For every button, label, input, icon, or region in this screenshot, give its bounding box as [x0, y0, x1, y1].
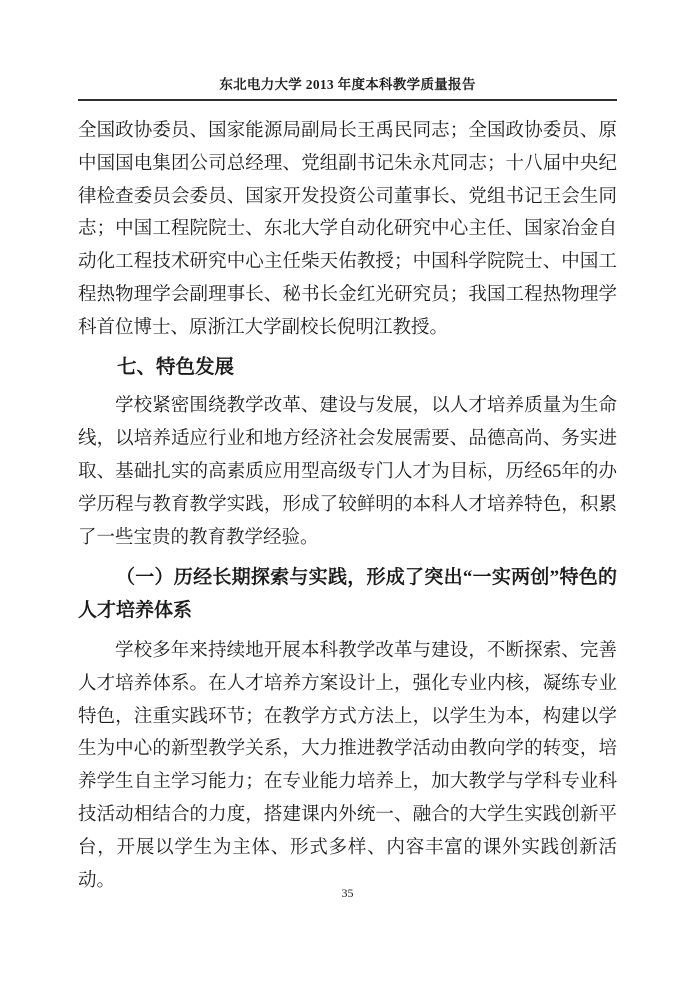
paragraph-school-goals: 学校紧密围绕教学改革、建设与发展，以人才培养质量为生命线，以培养适应行业和地方经… [78, 390, 617, 554]
paragraph-leaders-list-continued: 全国政协委员、国家能源局副局长王禹民同志；全国政协委员、原中国国电集团公司总经理… [78, 115, 617, 345]
page-header: 东北电力大学 2013 年度本科教学质量报告 [78, 0, 617, 101]
page-number: 35 [342, 886, 354, 900]
running-head-title: 东北电力大学 2013 年度本科教学质量报告 [78, 76, 617, 99]
page-footer: 35 [0, 885, 695, 901]
paragraph-teaching-reform: 学校多年来持续地开展本科教学改革与建设，不断探索、完善人才培养体系。在人才培养方… [78, 635, 617, 897]
section-heading-special-development: 七、特色发展 [78, 352, 617, 385]
document-body: 全国政协委员、国家能源局副局长王禹民同志；全国政协委员、原中国国电集团公司总经理… [78, 115, 617, 897]
subsection-heading-yishiliangchuang: （一）历经长期探索与实践，形成了突出“一实两创”特色的人才培养体系 [78, 562, 617, 628]
document-page: 东北电力大学 2013 年度本科教学质量报告 全国政协委员、国家能源局副局长王禹… [0, 0, 695, 984]
